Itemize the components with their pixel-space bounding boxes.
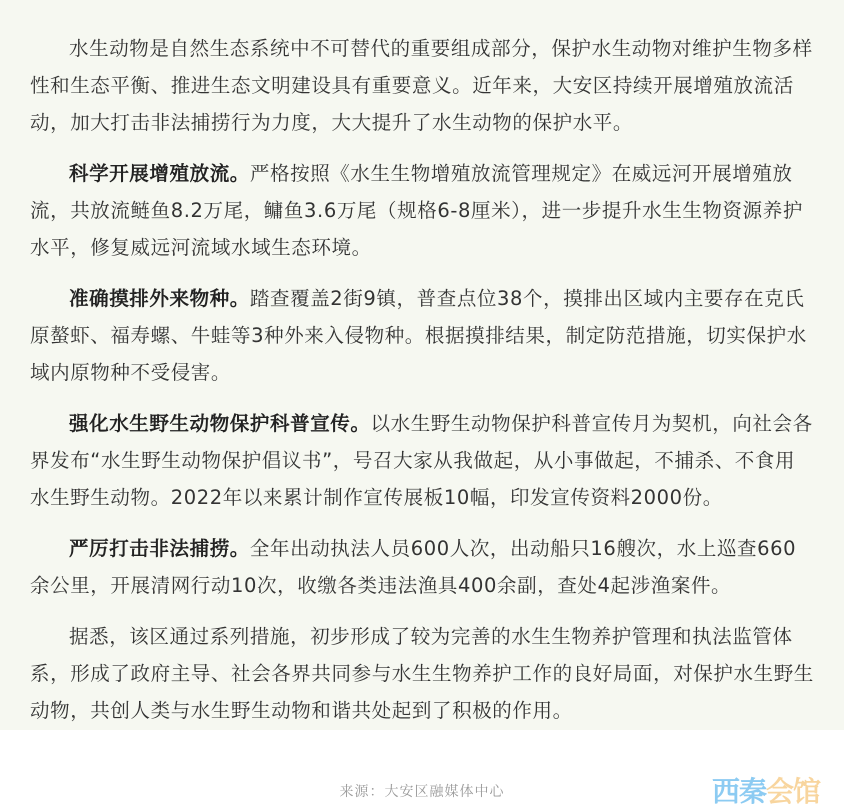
invasive-species-paragraph: 准确摸排外来物种。踏查覆盖2街9镇，普查点位38个，摸排出区域内主要存在克氏原螯… — [30, 280, 814, 391]
publicity-paragraph: 强化水生野生动物保护科普宣传。以水生野生动物保护科普宣传月为契机，向社会各界发布… — [30, 405, 814, 516]
section-heading: 强化水生野生动物保护科普宣传。 — [69, 412, 371, 435]
section-heading: 严厉打击非法捕捞。 — [69, 537, 250, 560]
watermark-logo: 西秦会馆 — [712, 770, 820, 809]
enforcement-paragraph: 严厉打击非法捕捞。全年出动执法人员600人次，出动船只16艘次，水上巡查660余… — [30, 530, 814, 604]
intro-paragraph: 水生动物是自然生态系统中不可替代的重要组成部分，保护水生动物对维护生物多样性和生… — [30, 30, 814, 141]
section-heading: 准确摸排外来物种。 — [69, 287, 250, 310]
release-paragraph: 科学开展增殖放流。严格按照《水生生物增殖放流管理规定》在威远河开展增殖放流，共放… — [30, 155, 814, 266]
conclusion-paragraph: 据悉，该区通过系列措施，初步形成了较为完善的水生生物养护管理和执法监管体系，形成… — [30, 618, 814, 729]
article-body: 水生动物是自然生态系统中不可替代的重要组成部分，保护水生动物对维护生物多样性和生… — [0, 0, 844, 730]
section-heading: 科学开展增殖放流。 — [69, 162, 250, 185]
